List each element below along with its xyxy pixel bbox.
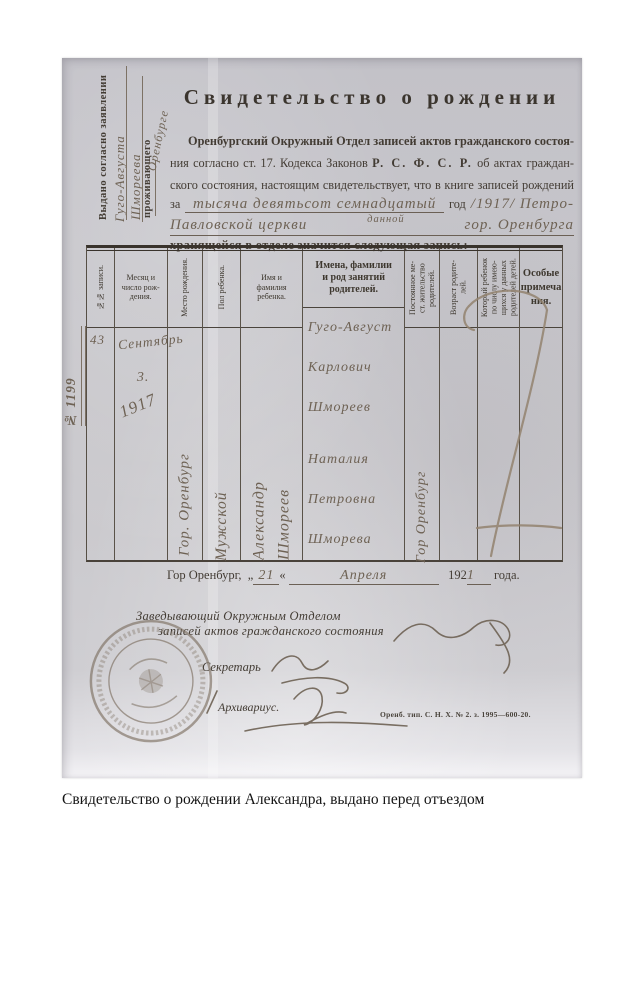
issue-day-value: 21 [253,568,279,585]
issue-month-value: Апреля [289,568,439,585]
intro-line-3: ского состояния, настоящим свидетельству… [170,178,574,193]
birth-certificate-document: Выдано согласно заявлении Гуго-Августа Ш… [62,58,582,778]
header-record-no: №№ записи. [87,248,114,328]
year-suffix-label: год [449,197,466,212]
column-birth-place: Место рождения. Гор. Оренбург [167,248,203,560]
issue-date-line: Гор Оренбург, „ 21 « Апреля 1921 года. [167,568,571,585]
header-birth-place: Место рождения. [168,248,203,328]
column-child-name: Имя и фамилия ребенка. Александр Шмореев [240,248,302,560]
mother-name-part: Наталия [303,440,404,480]
intro-line-2-post: об актах граждан- [473,156,574,170]
column-record-no: №№ записи. 43 [87,248,114,560]
residence-value: Гор Оренбург [414,383,430,563]
handwritten-interlinear-note: данной [367,212,404,227]
sex-value: Мужской [213,386,231,561]
intro-line-2: ния согласно ст. 17. Кодекса Законов Р. … [170,156,574,171]
parents-gap [303,428,404,440]
intro-line-4: за тысяча девятьсот семнадцатый год /191… [170,197,574,213]
print-shop-note: Оренб. тип. С. Н. Х. № 2. з. 1995—600-20… [380,710,531,719]
round-seal-stamp-icon [73,603,229,759]
cell-parents: Гуго-Август Карлович Шмореев Наталия Пет… [303,308,404,560]
issue-year-printed: 192 [448,568,467,583]
pen-flourish-icon [447,268,567,578]
cell-birth-date: Сентябрь 3. 1917 [115,328,167,560]
margin-underline-1 [126,66,127,220]
scanned-page: Выдано согласно заявлении Гуго-Августа Ш… [0,0,624,1000]
record-number-underline-1 [81,326,82,426]
intro-line-2-pre: ния согласно ст. 17. Кодекса Законов [170,156,372,170]
issue-year-handwritten: 1 [467,568,491,585]
column-sex: Пол ребенка. Мужской [202,248,240,560]
header-child-name: Имя и фамилия ребенка. [241,248,302,328]
birth-place-value: Гор. Оренбург [177,346,194,556]
header-birth-date: Месяц и число рож- дения. [115,248,167,328]
document-title: Свидетельство о рождении [170,85,574,110]
column-birth-date: Месяц и число рож- дения. Сентябрь 3. 19… [114,248,167,560]
handwritten-year-digits: /1917/ Петро- [471,197,574,212]
father-name-part: Шмореев [303,388,404,428]
cell-birth-place: Гор. Оренбург [168,328,203,560]
photo-caption: Свидетельство о рождении Александра, выд… [62,791,484,809]
intro-line-5: Павловской церкви данной гор. Оренбурга [170,218,574,236]
cell-child-name: Александр Шмореев [241,328,302,560]
mother-name-part: Шморева [303,520,404,560]
child-last-name-value: Шмореев [275,340,293,560]
header-sex: Пол ребенка. [203,248,240,328]
handwritten-year-words: тысяча девятьсот семнадцатый [185,197,444,213]
cell-residence: Гор Оренбург [405,328,439,560]
father-name-part: Карлович [303,348,404,388]
birth-year-value: 1917 [116,390,159,423]
margin-issued-note: Выдано согласно заявлении [98,68,109,220]
child-name-group: Александр Шмореев [250,340,293,560]
handwritten-church-city: гор. Оренбурга [465,218,574,233]
record-no-value: 43 [90,332,105,348]
column-residence: Постоянное ме- ст. жительство родителей.… [404,248,439,560]
cell-sex: Мужской [203,328,240,560]
birth-day-value: 3. [137,370,150,386]
margin-record-number: № 1199 [63,330,79,428]
father-name-part: Гуго-Август [303,308,404,348]
year-prefix-label: за [170,197,180,212]
header-residence: Постоянное ме- ст. жительство родителей. [405,248,439,328]
issue-place-label: Гор Оренбург, [167,568,242,583]
rsfsr-abbreviation: Р. С. Ф. С. Р. [372,156,473,170]
handwritten-church-name: Павловской церкви [170,218,307,233]
issue-year-suffix: года. [494,568,520,583]
child-first-name-value: Александр [250,340,268,560]
close-quote: « [279,568,285,583]
column-parents: Имена, фамилии и род занятий родителей. … [302,248,404,560]
mother-name-part: Петровна [303,480,404,520]
intro-line-1: Оренбургский Окружный Отдел записей акто… [170,134,574,149]
cell-record-no: 43 [87,328,114,560]
header-parents: Имена, фамилии и род занятий родителей. [303,248,404,308]
